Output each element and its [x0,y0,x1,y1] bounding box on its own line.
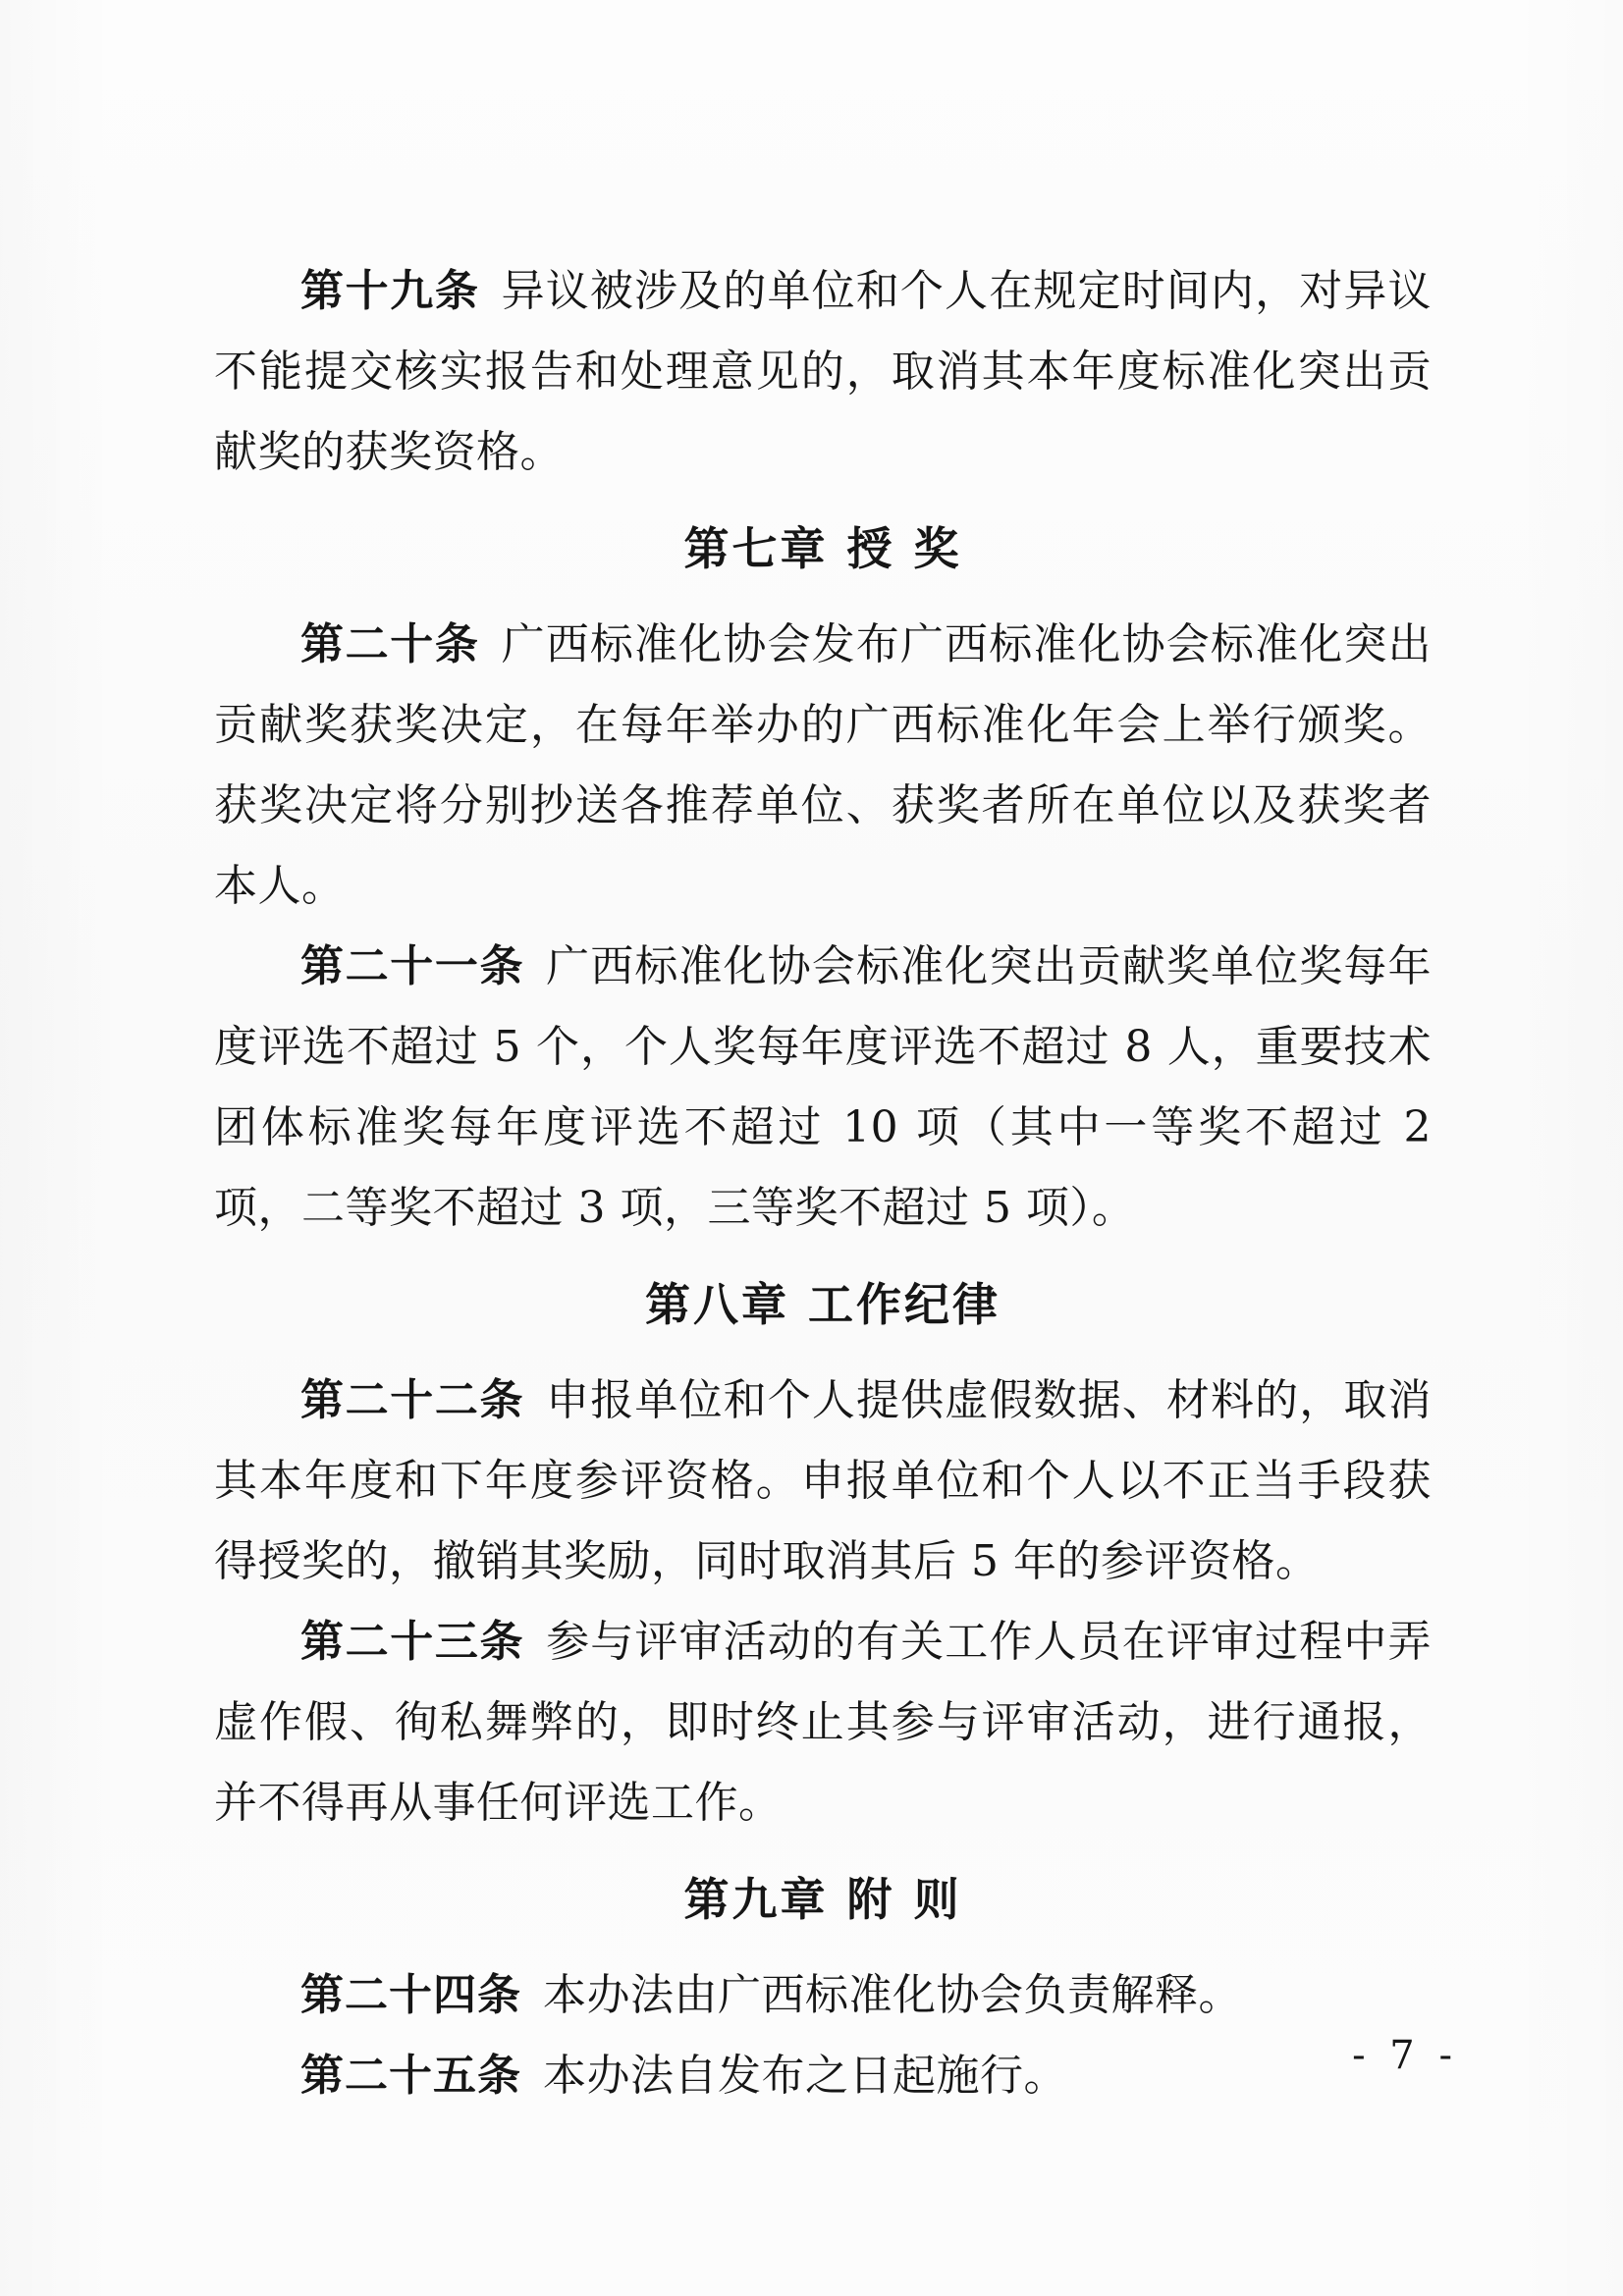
page-footer: - 7 - [1352,2032,1458,2079]
article-paragraph: 第二十五条本办法自发布之日起施行。 [214,2036,1432,2116]
article-number: 第二十条 [300,619,480,669]
article-number: 第十九条 [300,266,480,316]
article-text: 本办法由广西标准化协会负责解释。 [543,1970,1242,2020]
article-number: 第二十四条 [300,1970,521,2020]
document-page: 第十九条异议被涉及的单位和个人在规定时间内，对异议不能提交核实报告和处理意见的，… [0,0,1623,2296]
chapter-heading: 第八章 工作纪律 [214,1264,1432,1345]
chapter-heading: 第九章 附 则 [214,1859,1432,1940]
page-number: - 7 - [1352,2033,1458,2078]
article-paragraph: 第十九条异议被涉及的单位和个人在规定时间内，对异议不能提交核实报告和处理意见的，… [214,251,1432,493]
article-paragraph: 第二十四条本办法由广西标准化协会负责解释。 [214,1955,1432,2036]
article-paragraph: 第二十二条申报单位和个人提供虚假数据、材料的，取消其本年度和下年度参评资格。申报… [214,1361,1432,1602]
chapter-heading: 第七章 授 奖 [214,508,1432,589]
article-number: 第二十二条 [300,1375,524,1425]
article-number: 第二十一条 [300,941,524,991]
article-number: 第二十三条 [300,1617,524,1667]
article-text: 本办法自发布之日起施行。 [543,2051,1067,2101]
article-paragraph: 第二十条广西标准化协会发布广西标准化协会标准化突出贡献奖获奖决定，在每年举办的广… [214,605,1432,927]
document-body: 第十九条异议被涉及的单位和个人在规定时间内，对异议不能提交核实报告和处理意见的，… [214,251,1432,2116]
article-number: 第二十五条 [300,2051,521,2101]
article-paragraph: 第二十三条参与评审活动的有关工作人员在评审过程中弄虚作假、徇私舞弊的，即时终止其… [214,1602,1432,1843]
article-paragraph: 第二十一条广西标准化协会标准化突出贡献奖单位奖每年度评选不超过 5 个，个人奖每… [214,927,1432,1249]
